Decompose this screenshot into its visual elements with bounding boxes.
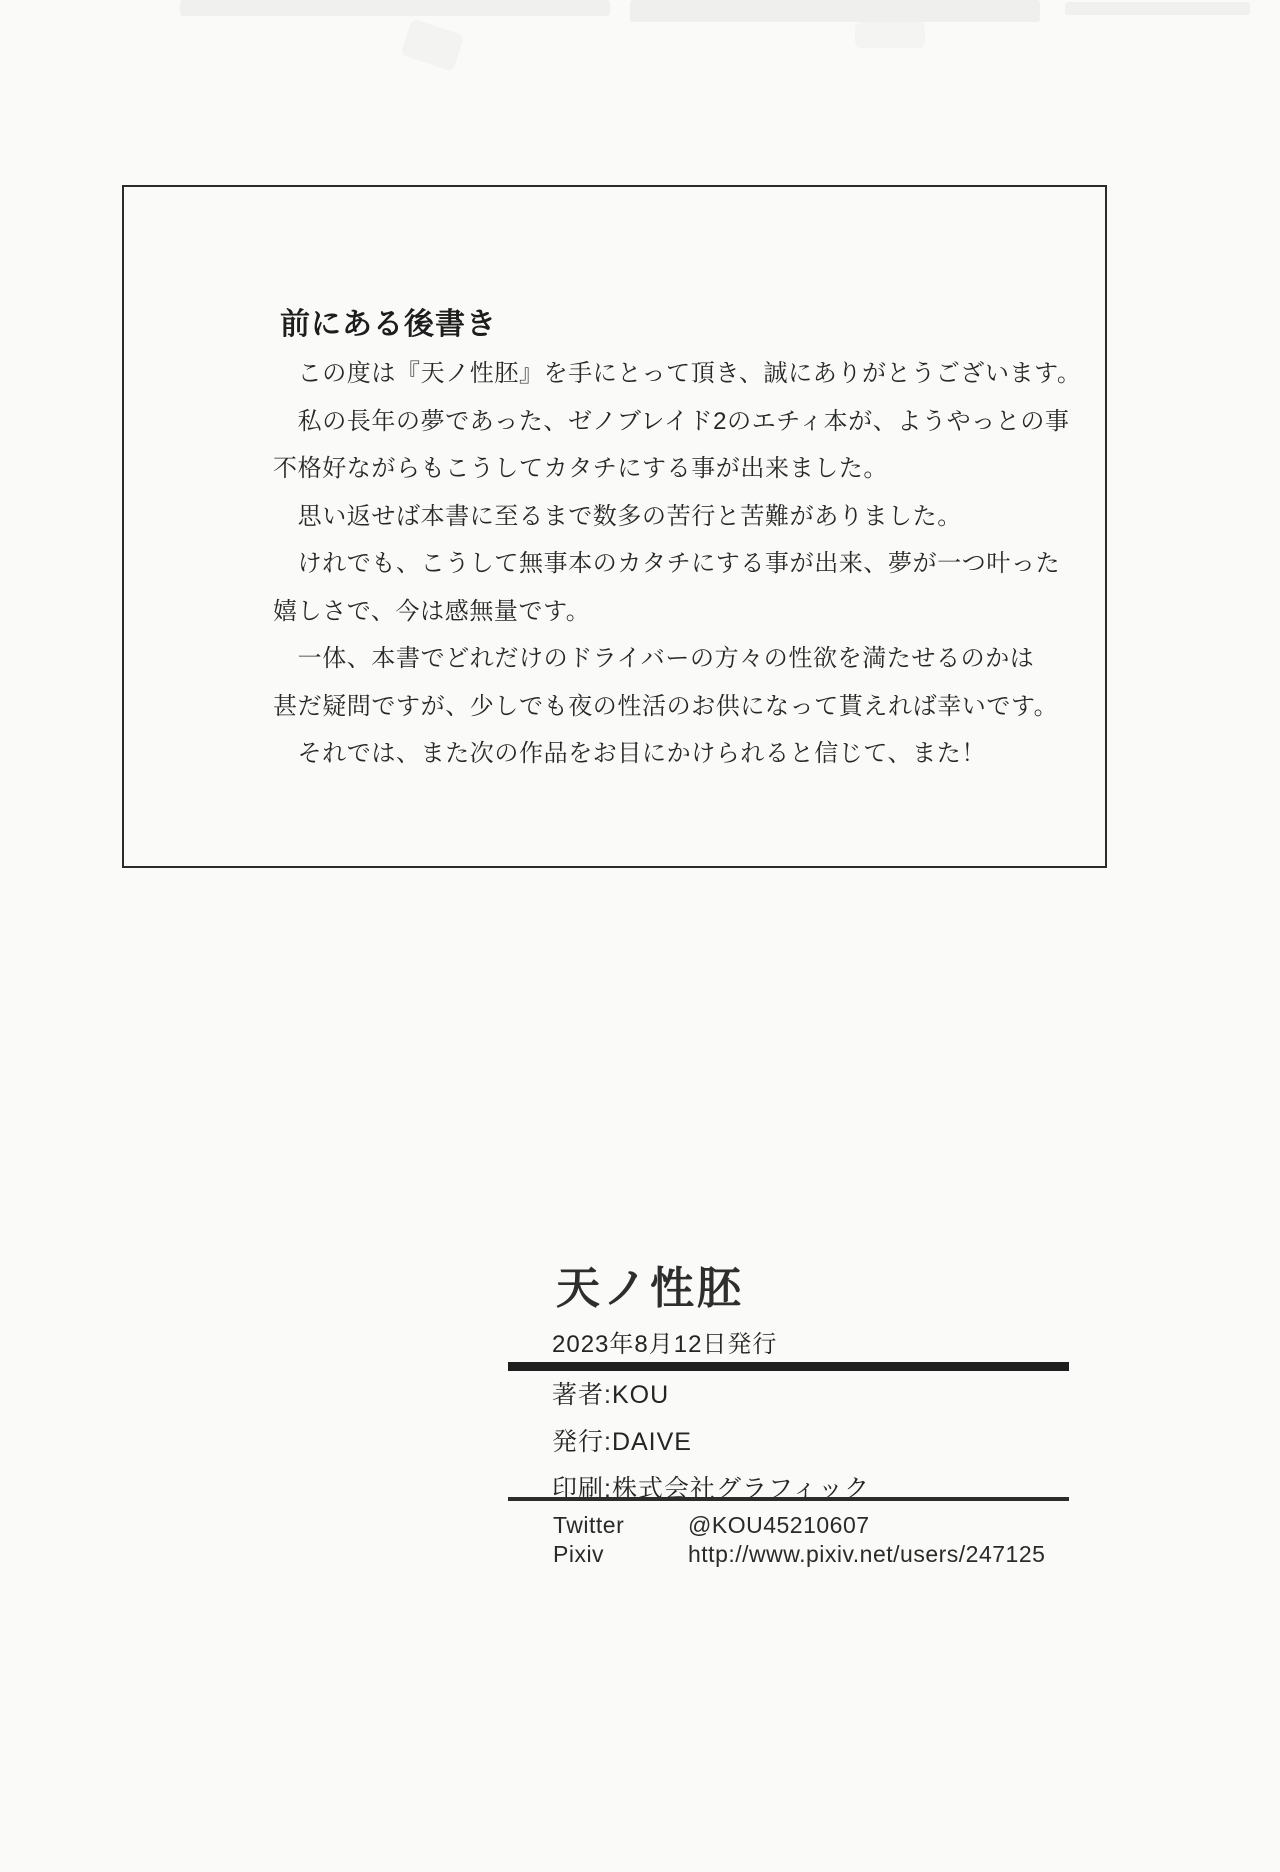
pixiv-row: Pixiv http://www.pixiv.net/users/247125 (553, 1541, 1045, 1568)
twitter-label: Twitter (553, 1512, 688, 1539)
afterword-line: この度は『天ノ性胚』を手にとって頂き、誠にありがとうございます。 (273, 350, 1081, 398)
afterword-line: 不格好ながらもこうしてカタチにする事が出来ました。 (273, 445, 1081, 493)
scan-artifact (400, 18, 464, 71)
scan-artifact (855, 22, 925, 48)
twitter-handle: @KOU45210607 (688, 1512, 870, 1539)
book-title: 天ノ性胚 (556, 1252, 744, 1316)
scanned-page: 前にある後書き この度は『天ノ性胚』を手にとって頂き、誠にありがとうございます。… (0, 0, 1280, 1872)
pixiv-url: http://www.pixiv.net/users/247125 (688, 1541, 1045, 1568)
afterword-line: 甚だ疑問ですが、少しでも夜の性活のお供になって貰えれば幸いです。 (273, 683, 1081, 731)
scan-artifact (180, 0, 610, 16)
twitter-row: Twitter @KOU45210607 (553, 1512, 870, 1539)
afterword-heading: 前にある後書き (280, 299, 497, 343)
publish-date: 2023年8月12日発行 (552, 1324, 777, 1359)
divider-thick (508, 1362, 1069, 1371)
afterword-line: けれでも、こうして無事本のカタチにする事が出来、夢が一つ叶った (273, 540, 1081, 588)
afterword-body: この度は『天ノ性胚』を手にとって頂き、誠にありがとうございます。 私の長年の夢で… (273, 350, 1081, 778)
scan-artifact (630, 0, 1040, 22)
afterword-line: それでは、また次の作品をお目にかけられると信じて、また！ (273, 730, 1081, 778)
credit-author: 著者:KOU (552, 1375, 669, 1411)
pixiv-label: Pixiv (553, 1541, 688, 1568)
afterword-line: 一体、本書でどれだけのドライバーの方々の性欲を満たせるのかは (273, 635, 1081, 683)
afterword-line: 思い返せば本書に至るまで数多の苦行と苦難がありました。 (273, 493, 1081, 541)
afterword-box: 前にある後書き この度は『天ノ性胚』を手にとって頂き、誠にありがとうございます。… (122, 185, 1107, 868)
afterword-line: 嬉しさで、今は感無量です。 (273, 588, 1081, 636)
afterword-line: 私の長年の夢であった、ゼノブレイド2のエチィ本が、ようやっとの事 (273, 398, 1081, 446)
credit-publisher: 発行:DAIVE (552, 1422, 692, 1458)
divider-thin (508, 1497, 1069, 1501)
scan-artifact (1065, 2, 1250, 15)
